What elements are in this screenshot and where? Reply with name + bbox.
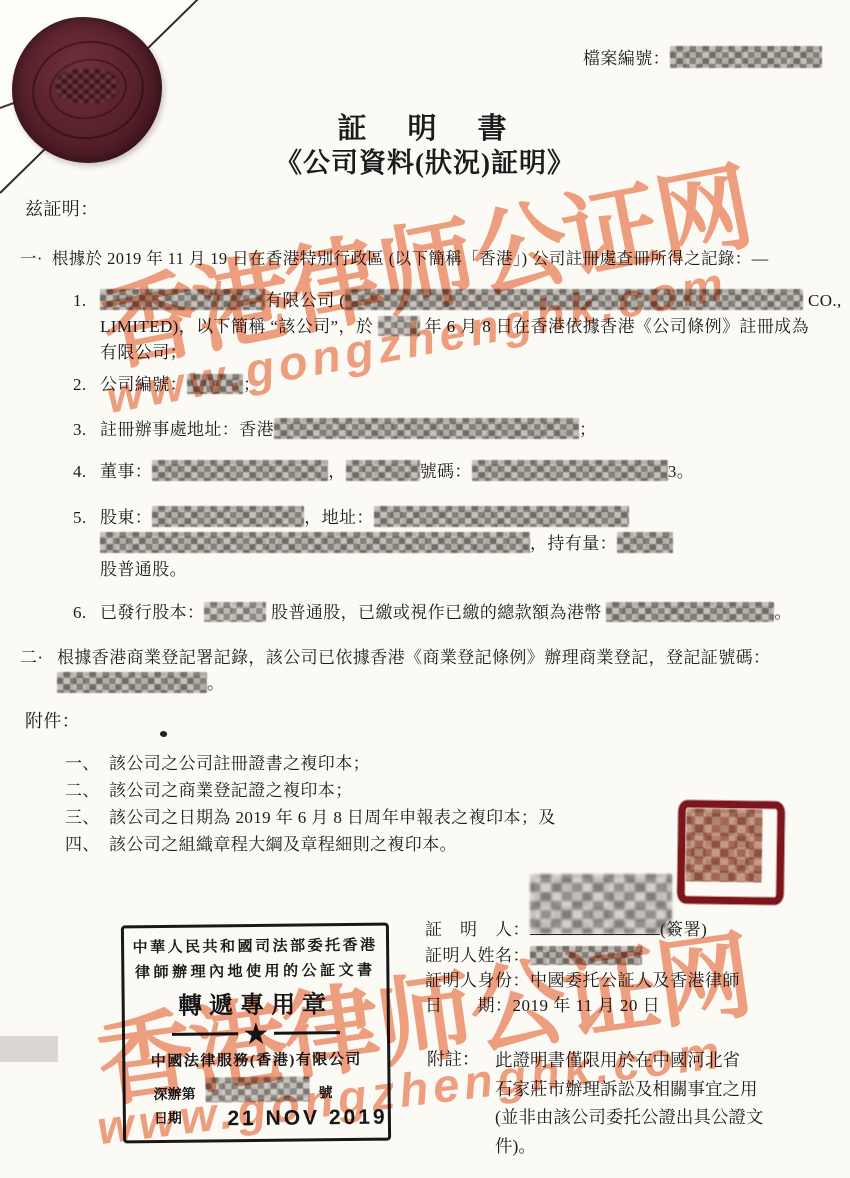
attachment-item: 三、該公司之日期為 2019 年 6 月 8 日周年申報表之複印本；及 — [65, 804, 556, 831]
scan-artifact — [0, 1036, 58, 1062]
red-seal-content-redacted — [686, 808, 763, 882]
item-5-line1: 股東：，地址： — [100, 505, 820, 531]
star-line-left — [172, 1032, 238, 1036]
note-text: 此證明書僅限用於在中國河北省 石家莊市辦理訴訟及相關事宜之用 (並非由該公司委托… — [495, 1046, 763, 1160]
shares-held-redacted — [617, 532, 673, 553]
note-label: 附註： — [427, 1046, 480, 1071]
shareholder-name-redacted — [152, 506, 304, 527]
attachments-label: 附件： — [25, 708, 80, 734]
item-5-line2: ，持有量： — [100, 531, 820, 557]
item-4: 董事：，號碼：3。 — [100, 459, 694, 485]
item-3-number: 3. — [73, 417, 87, 443]
ink-mark — [159, 730, 168, 738]
file-number-redacted — [670, 46, 822, 68]
item-1-line2: LIMITED)，以下簡稱 “該公司”，於 年 6 月 8 日在香港依據香港《公… — [100, 314, 820, 340]
attachment-item: 一、該公司之公司註冊證書之複印本； — [65, 750, 556, 777]
certifier-identity-value: 中國委托公証人及香港律師 — [530, 971, 740, 990]
section-two: 根據香港商業登記署記錄，該公司已依據香港《商業登記條例》辦理商業登記，登記証號碼… — [57, 645, 822, 697]
note-line: 石家莊市辦理訴訟及相關事宜之用 — [495, 1075, 763, 1104]
stamp-date-label: 日期 — [154, 1112, 182, 1127]
item-2: 公司編號：； — [100, 372, 260, 398]
item-1: 有限公司 ( CO., LIMITED)，以下簡稱 “該公司”，於 年 6 月 … — [100, 288, 820, 366]
item-3: 註冊辦事處地址：香港； — [100, 417, 596, 443]
stamp-company: 中國法律服務(香港)有限公司 — [125, 1048, 387, 1072]
certify-date-label: 日 期： — [425, 996, 513, 1015]
star-line-right — [274, 1031, 340, 1035]
certifier-identity-row: 証明人身份：中國委托公証人及香港律師 — [425, 966, 740, 991]
file-number-row: 檔案編號： — [583, 46, 822, 72]
item-4-number: 4. — [73, 459, 87, 485]
shareholder-address-redacted-2 — [100, 532, 530, 553]
id-number-redacted — [472, 460, 668, 481]
shareholder-address-redacted-1 — [374, 506, 629, 527]
stamp-line2: 律師辦理內地使用的公証文書 — [124, 959, 386, 983]
id-type-redacted — [346, 460, 420, 481]
attachments-list: 一、該公司之公司註冊證書之複印本； 二、該公司之商業登記證之複印本； 三、該公司… — [65, 750, 556, 858]
certifier-label: 証 明 人： — [425, 920, 530, 939]
certifier-name-row: 証明人姓名： — [425, 941, 642, 966]
intro-line: 兹証明： — [25, 196, 99, 222]
star-icon: ★ — [242, 1018, 269, 1051]
company-name-cn-redacted — [100, 289, 265, 310]
company-number-redacted — [187, 374, 243, 394]
wax-seal-center-redaction — [56, 69, 118, 103]
section-two-marker: 二· — [20, 645, 43, 671]
red-square-seal — [677, 800, 784, 904]
file-number-label: 檔案編號： — [583, 49, 670, 68]
transfer-stamp: 中華人民共和國司法部委托香港 律師辦理內地使用的公証文書 轉遞專用章 ★ 中國法… — [121, 923, 391, 1144]
certifier-identity-label: 証明人身份： — [425, 971, 530, 990]
wax-seal — [12, 17, 162, 163]
br-number-redacted — [57, 672, 207, 693]
item-5-line3: 股普通股。 — [100, 557, 820, 583]
notarial-certificate-page: 檔案編號： 証 明 書 《公司資料(狀況)証明》 兹証明： 一· 根據於 201… — [0, 0, 850, 1178]
item-1-line1: 有限公司 ( CO., — [100, 288, 820, 314]
paid-capital-redacted — [606, 602, 774, 622]
issued-shares-redacted — [204, 602, 266, 622]
stamp-date-value: 21 NOV 2019 — [227, 1106, 387, 1131]
section-one-text: 根據於 2019 年 11 月 19 日在香港特別行政區 (以下簡稱「香港」) … — [52, 249, 769, 268]
section-one-marker: 一· — [20, 249, 43, 268]
item-1-number: 1. — [73, 288, 87, 314]
certifier-row: 証 明 人：(簽署) — [425, 915, 707, 940]
section-two-line2: 。 — [57, 671, 822, 697]
certify-date-value: 2019 年 11 月 20 日 — [513, 996, 661, 1015]
attachment-item: 二、該公司之商業登記證之複印本； — [65, 777, 556, 804]
item-5: 股東：，地址： ，持有量： 股普通股。 — [100, 505, 820, 583]
note-line: 件)。 — [495, 1132, 763, 1161]
item-5-number: 5. — [73, 505, 87, 531]
section-one: 一· 根據於 2019 年 11 月 19 日在香港特別行政區 (以下簡稱「香港… — [20, 246, 769, 272]
note-line: 此證明書僅限用於在中國河北省 — [495, 1046, 763, 1075]
director-name-redacted — [152, 460, 328, 481]
attachment-item: 四、該公司之組織章程大綱及章程細則之複印本。 — [65, 831, 556, 858]
stamp-date-row: 日期 21 NOV 2019 — [154, 1106, 388, 1132]
registered-address-redacted — [274, 418, 579, 439]
item-6-number: 6. — [73, 600, 87, 626]
item-2-number: 2. — [73, 372, 87, 398]
stamp-serial-prefix: 深辦第 — [154, 1088, 196, 1103]
certifier-name-label: 証明人姓名： — [425, 946, 530, 965]
stamp-serial-row: 深辦第 號 — [153, 1076, 332, 1104]
item-1-line3: 有限公司； — [100, 340, 820, 366]
sign-note: (簽署) — [660, 920, 707, 939]
certify-date-row: 日 期：2019 年 11 月 20 日 — [425, 991, 660, 1016]
item-6: 已發行股本： 股普通股，已繳或視作已繳的總款額為港幣 。 — [100, 600, 792, 626]
signature-line — [530, 917, 660, 935]
stamp-line1: 中華人民共和國司法部委托香港 — [124, 934, 386, 958]
section-two-text: 根據香港商業登記署記錄，該公司已依據香港《商業登記條例》辦理商業登記，登記証號碼… — [57, 645, 822, 671]
certifier-name-redacted — [530, 946, 642, 965]
company-name-en-redacted — [345, 289, 803, 310]
note-line: (並非由該公司委托公證出具公證文 — [495, 1103, 763, 1132]
incorporation-year-redacted — [378, 316, 420, 336]
stamp-serial-redacted — [205, 1076, 309, 1102]
stamp-serial-suffix: 號 — [319, 1086, 333, 1101]
